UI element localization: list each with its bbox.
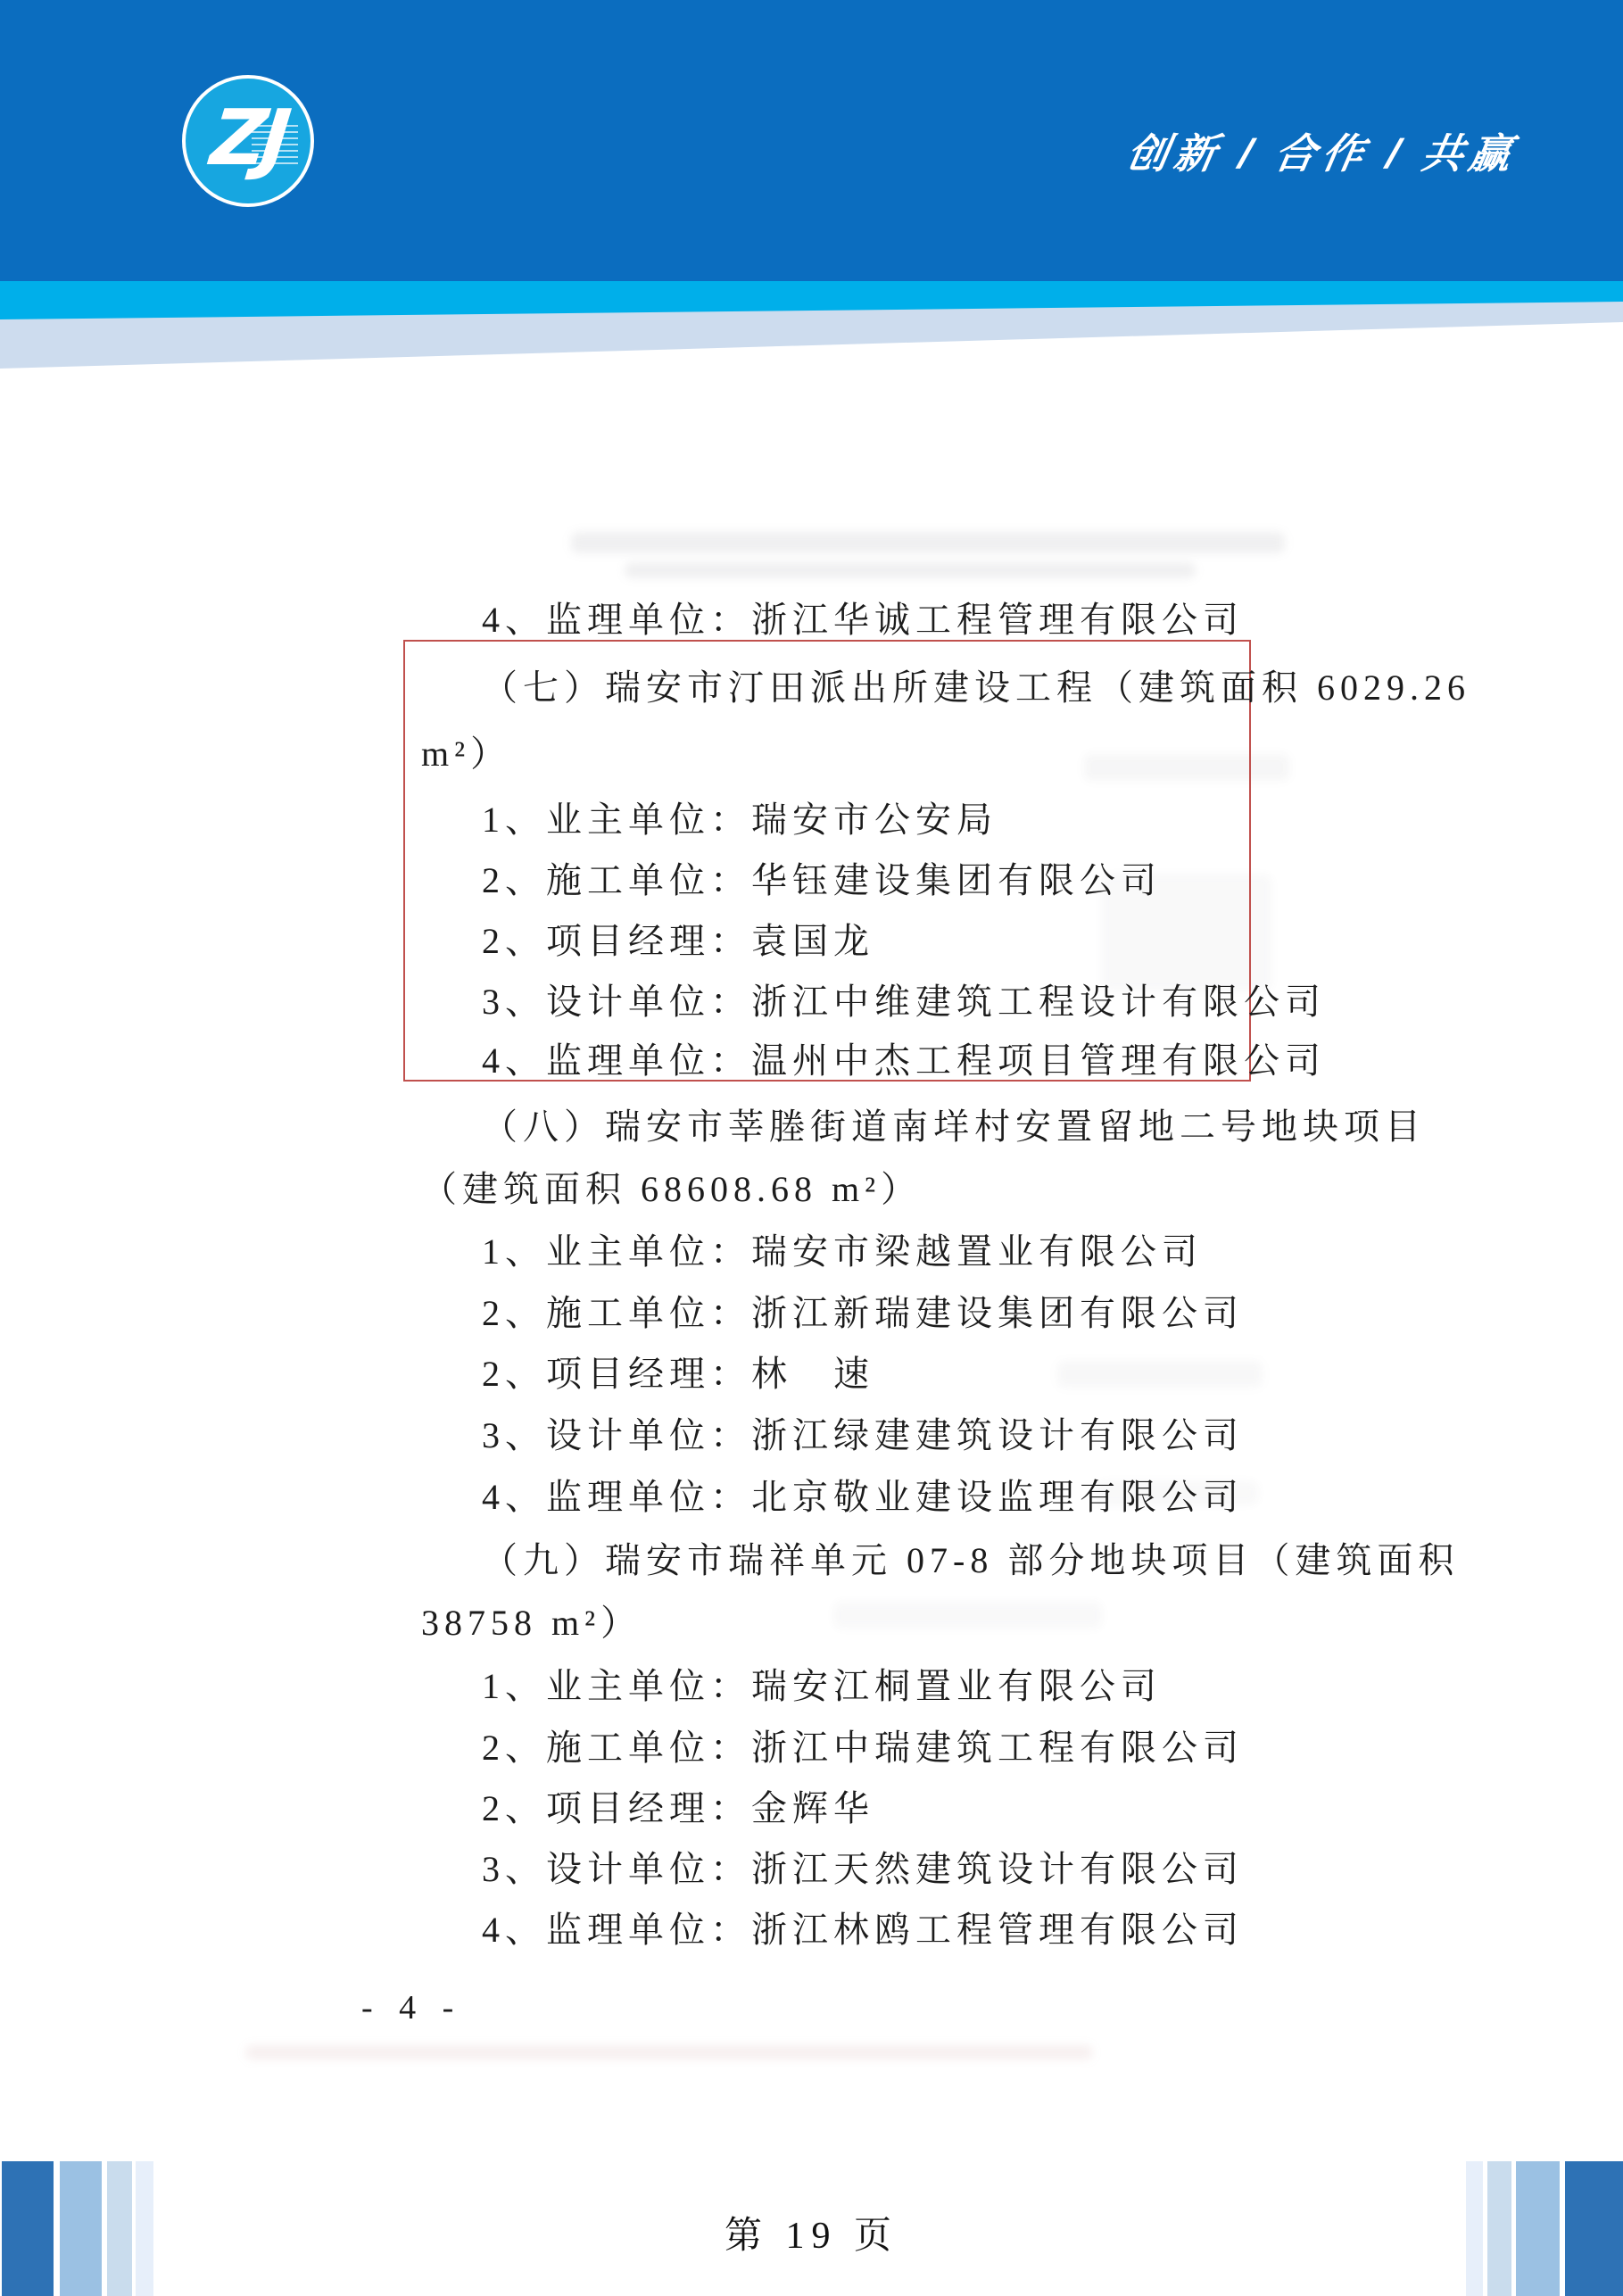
doc-line: （八）瑞安市莘塍街道南垟村安置留地二号地块项目 xyxy=(482,1107,1426,1148)
doc-line: 38758 m²） xyxy=(421,1603,642,1644)
doc-line: 1、业主单位：瑞安江桐置业有限公司 xyxy=(482,1666,1162,1707)
scan-bleed-artifact xyxy=(1057,1361,1263,1388)
doc-line: 3、设计单位：浙江绿建建筑设计有限公司 xyxy=(482,1415,1244,1456)
scan-bleed-artifact xyxy=(625,562,1196,578)
doc-line: 2、项目经理：林 速 xyxy=(482,1354,874,1395)
logo-stripes-decoration xyxy=(252,125,298,166)
doc-line: 2、施工单位：华钰建设集团有限公司 xyxy=(482,860,1162,901)
doc-line: 4、监理单位：浙江华诚工程管理有限公司 xyxy=(482,600,1244,641)
doc-line: （九）瑞安市瑞祥单元 07-8 部分地块项目（建筑面积 xyxy=(482,1540,1459,1581)
header-banner: ZJ 创新 / 合作 / 共赢 xyxy=(0,0,1623,281)
doc-line: （建筑面积 68608.68 m²） xyxy=(421,1169,922,1210)
doc-line: （七）瑞安市汀田派出所建设工程（建筑面积 6029.26 xyxy=(482,667,1470,709)
doc-line: 4、监理单位：温州中杰工程项目管理有限公司 xyxy=(482,1040,1326,1082)
doc-line: 2、项目经理：袁国龙 xyxy=(482,921,874,962)
scan-bleed-artifact xyxy=(571,532,1285,553)
doc-line: 1、业主单位：瑞安市梁越置业有限公司 xyxy=(482,1231,1203,1272)
doc-line: 3、设计单位：浙江中维建筑工程设计有限公司 xyxy=(482,982,1326,1023)
doc-line: 2、施工单位：浙江新瑞建设集团有限公司 xyxy=(482,1293,1244,1334)
company-logo: ZJ xyxy=(182,75,314,207)
doc-line: 3、设计单位：浙江天然建筑设计有限公司 xyxy=(482,1849,1244,1890)
doc-line: 2、项目经理：金辉华 xyxy=(482,1788,874,1829)
doc-line: 2、施工单位：浙江中瑞建筑工程有限公司 xyxy=(482,1728,1244,1769)
inner-page-number: - 4 - xyxy=(361,1988,462,2027)
header-slogan: 创新 / 合作 / 共赢 xyxy=(1122,121,1522,180)
doc-line: 4、监理单位：北京敬业建设监理有限公司 xyxy=(482,1477,1244,1518)
doc-line: m²） xyxy=(421,734,511,775)
doc-line: 1、业主单位：瑞安市公安局 xyxy=(482,800,998,841)
scan-bleed-artifact xyxy=(245,2045,1093,2060)
footer-page-number: 第 19 页 xyxy=(0,2206,1623,2259)
scanned-document-page: ZJ 创新 / 合作 / 共赢 4、监理单位：浙江华诚工程管理有限公司 （七）瑞… xyxy=(0,0,1623,2296)
doc-line: 4、监理单位：浙江林鸥工程管理有限公司 xyxy=(482,1910,1244,1951)
scan-bleed-artifact xyxy=(834,1602,1102,1629)
